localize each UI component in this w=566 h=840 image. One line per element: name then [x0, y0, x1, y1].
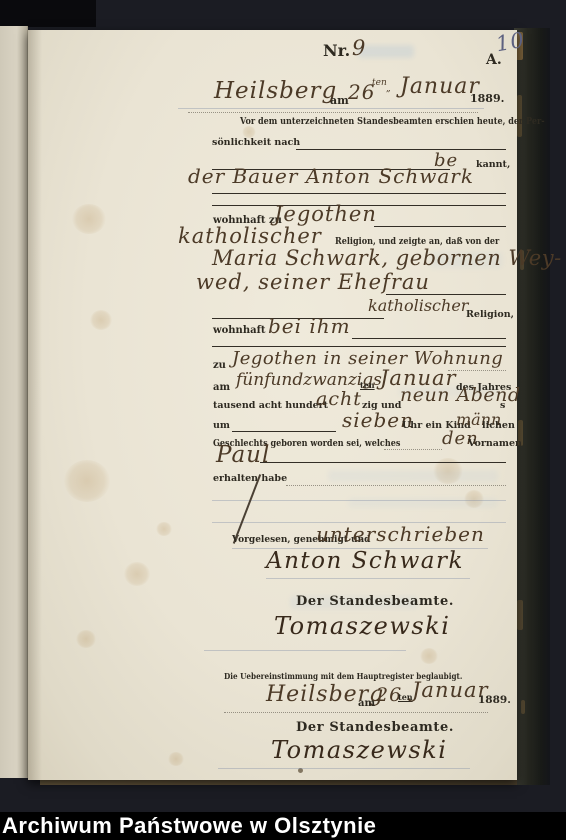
blue-stamp-ghost: [358, 45, 414, 58]
declarant-signature: Anton Schwark: [266, 548, 464, 574]
residence2-rule: [352, 338, 506, 339]
registrar-underline: [204, 650, 406, 651]
dateline-underline2: [188, 112, 478, 113]
paper-stain: [90, 310, 112, 330]
birthdate-am: am: [213, 382, 230, 393]
archive-watermark-bar: Archiwum Państwowe w Olsztynie: [0, 812, 566, 840]
religion1-hand: katholischer: [178, 224, 322, 248]
blank-rule: [296, 149, 506, 150]
certification-signature: Tomaszewski: [271, 736, 447, 764]
paper-stain: [72, 204, 106, 234]
record-number-value: 9: [352, 36, 366, 60]
dateline-place: Heilsberg: [214, 78, 337, 104]
time-rule: [232, 431, 336, 432]
known-print: kannt,: [476, 159, 510, 170]
mother-name-line1: Maria Schwark, gebornen Wey-: [212, 246, 562, 270]
page-number-annotation: 10: [494, 28, 526, 57]
dateline-ditto: „: [386, 84, 391, 94]
paper-stain: [420, 648, 438, 664]
registrar-heading: Der Standesbeamte.: [296, 594, 454, 609]
previous-page-edge: [0, 26, 28, 778]
dateline-underline: [178, 108, 484, 109]
cover-wear-spot: [517, 600, 523, 630]
received-rule: [286, 485, 506, 486]
paper-stain: [168, 752, 184, 766]
year-print1: tausend acht hundert: [213, 400, 328, 411]
religion2-hand: katholischer: [368, 296, 468, 315]
paper-stain: [124, 562, 150, 586]
closing-hand: unterschrieben: [316, 522, 485, 546]
page-stack-edge: [40, 780, 517, 785]
book-spine-shadow: [0, 0, 96, 27]
dateline-year: 1889.: [470, 92, 504, 105]
certification-heading: Der Standesbeamte.: [296, 720, 454, 735]
signature-underline: [266, 578, 470, 579]
residence-value: Jegothen: [274, 202, 377, 226]
dateline-month: Januar: [400, 74, 480, 99]
certification-sig-underline: [218, 768, 470, 769]
child-name-rule: [260, 462, 506, 463]
declarant-rule: [212, 193, 506, 194]
intro-line1: Vor dem unterzeichneten Standesbeamten e…: [240, 116, 545, 127]
show-through-ghost: [328, 470, 498, 482]
registrar-signature: Tomaszewski: [274, 612, 450, 640]
certification-day-suffix: ten: [398, 692, 413, 702]
birthplace-zu: zu: [213, 360, 226, 371]
dateline-day-suffix: ten: [372, 78, 387, 88]
certification-am: am: [358, 698, 375, 709]
mother-rule: [386, 294, 506, 295]
cover-wear-spot: [521, 700, 525, 714]
paper-stain: [64, 460, 110, 502]
intro-line2: sönlichkeit nach: [212, 137, 300, 148]
declarant-name: der Bauer Anton Schwark: [188, 164, 474, 188]
mother-name-line2: wed, seiner Ehefrau: [196, 270, 430, 294]
archive-name: Archiwum Państwowe w Olsztynie: [2, 812, 376, 840]
register-page: Nr. 9 A. 10 Heilsberg am 26 ten „ Januar…: [28, 30, 517, 780]
received-label: erhalten habe: [213, 473, 287, 484]
time-um: um: [213, 420, 230, 431]
religion2-print: Religion,: [466, 309, 514, 320]
gender-print: lichen: [482, 420, 515, 431]
year-hand1: acht: [316, 388, 362, 410]
void-slash-mark: [233, 474, 261, 544]
paper-stain: [156, 522, 172, 536]
record-number-label: Nr.: [323, 41, 350, 60]
certification-year: 1889.: [478, 694, 511, 706]
section-rule: [212, 346, 506, 347]
residence2-label: wohnhaft: [213, 325, 266, 336]
residence-rule: [374, 226, 506, 227]
blank-faint-rule: [212, 500, 506, 501]
paper-stain: [76, 630, 96, 648]
sex-line-rule: [384, 449, 442, 450]
certification-underline: [224, 712, 488, 713]
birthplace-value: Jegothen in seiner Wohnung: [232, 348, 503, 369]
birthdate-day-suffix: ten: [360, 380, 375, 390]
scanned-register-photo: Nr. 9 A. 10 Heilsberg am 26 ten „ Januar…: [0, 0, 566, 840]
page-gutter-shadow: [28, 30, 42, 780]
residence2-value: bei ihm: [268, 314, 351, 338]
child-name: Paul: [216, 442, 270, 468]
dateline-am: am: [330, 94, 349, 107]
book-cover-edge: [514, 28, 550, 785]
vornamen-print: Vornamen: [468, 438, 522, 449]
